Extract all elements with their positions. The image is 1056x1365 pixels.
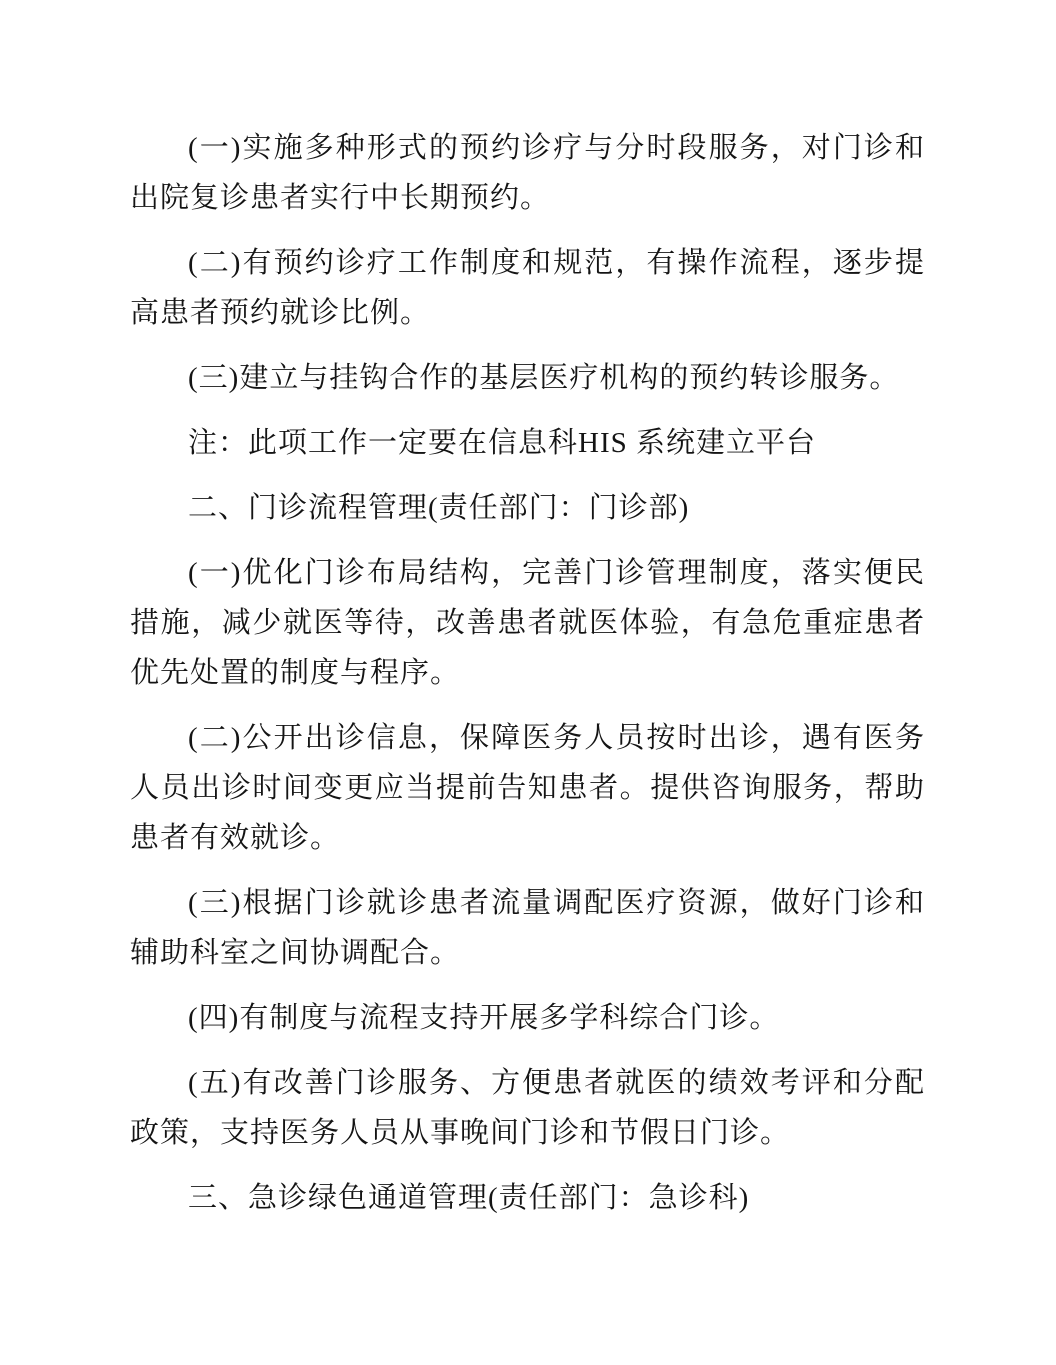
para-outpatient-layout: (一)优化门诊布局结构，完善门诊管理制度，落实便民措施，减少就医等待，改善患者就…: [130, 548, 925, 698]
note-his-platform: 注：此项工作一定要在信息科HIS 系统建立平台: [130, 418, 925, 468]
para-resource-allocation: (三)根据门诊就诊患者流量调配医疗资源，做好门诊和辅助科室之间协调配合。: [130, 878, 925, 978]
para-reservation-system: (二)有预约诊疗工作制度和规范，有操作流程，逐步提高患者预约就诊比例。: [130, 238, 925, 338]
heading-emergency-green-channel: 三、急诊绿色通道管理(责任部门：急诊科): [130, 1173, 925, 1223]
para-referral-service: (三)建立与挂钩合作的基层医疗机构的预约转诊服务。: [130, 353, 925, 403]
heading-outpatient-process: 二、门诊流程管理(责任部门：门诊部): [130, 483, 925, 533]
para-multidisciplinary-clinic: (四)有制度与流程支持开展多学科综合门诊。: [130, 993, 925, 1043]
para-visit-info-disclosure: (二)公开出诊信息，保障医务人员按时出诊，遇有医务人员出诊时间变更应当提前告知患…: [130, 713, 925, 863]
para-reservation-multiform: (一)实施多种形式的预约诊疗与分时段服务，对门诊和出院复诊患者实行中长期预约。: [130, 123, 925, 223]
document-page: (一)实施多种形式的预约诊疗与分时段服务，对门诊和出院复诊患者实行中长期预约。 …: [0, 0, 1056, 1365]
para-service-incentive-policy: (五)有改善门诊服务、方便患者就医的绩效考评和分配政策，支持医务人员从事晚间门诊…: [130, 1058, 925, 1158]
